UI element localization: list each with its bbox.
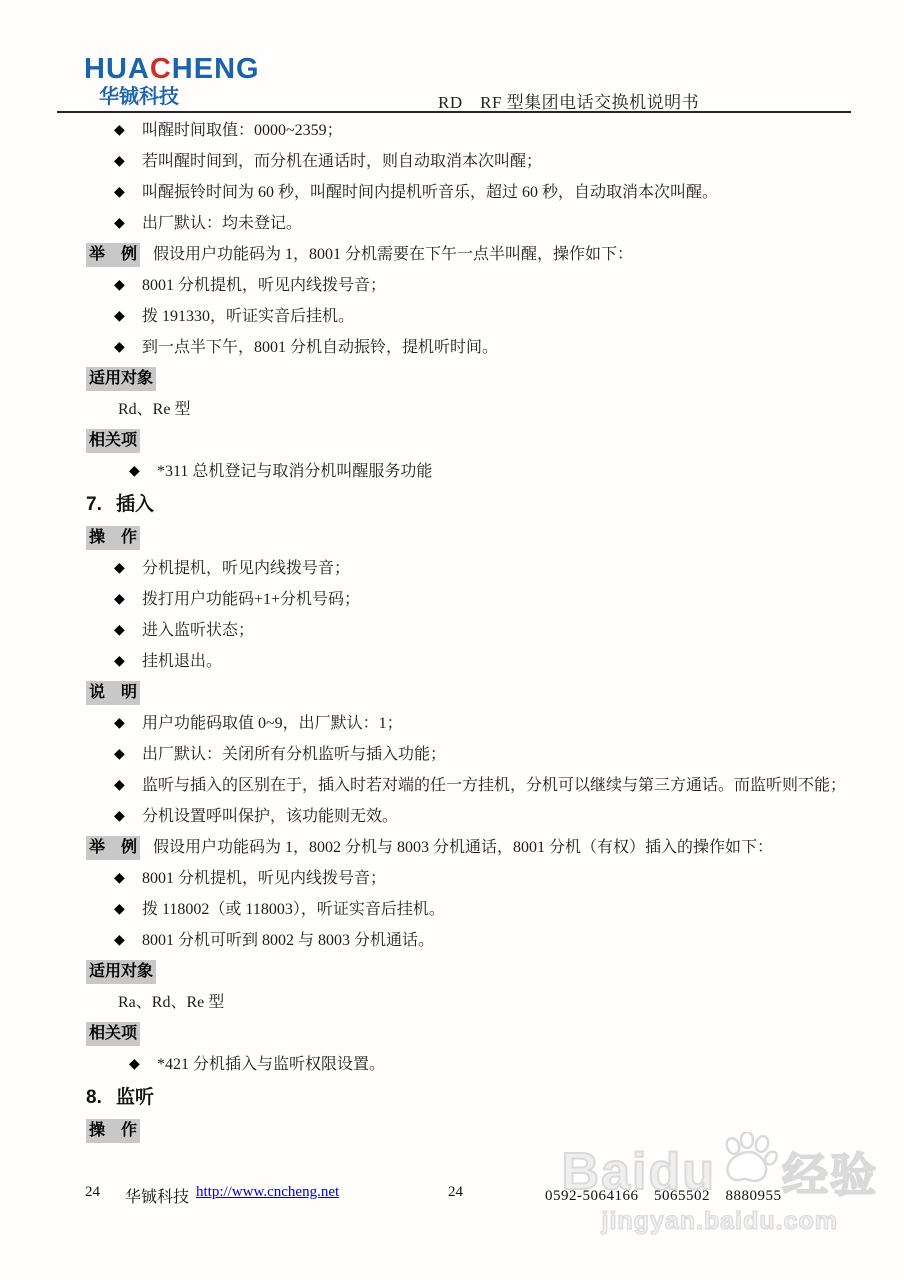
footer-phone-numbers: 0592-5064166 5065502 8880955 xyxy=(545,1184,782,1205)
diamond-bullet-icon: ◆ xyxy=(129,1049,157,1080)
logo-wordmark: HUACHENG xyxy=(84,54,260,84)
bullet-item: ◆到一点半下午，8001 分机自动振铃，提机听时间。 xyxy=(0,332,904,363)
bullet-item: ◆分机设置呼叫保护，该功能则无效。 xyxy=(0,801,904,832)
section-label-row: 相关项 xyxy=(0,1018,904,1049)
section-number: 8. xyxy=(86,1080,116,1115)
section-label-row: 说 明 xyxy=(0,677,904,708)
footer-company: 华铖科技 xyxy=(125,1184,189,1207)
bullet-text: 叫醒振铃时间为 60 秒，叫醒时间内提机听音乐，超过 60 秒，自动取消本次叫醒… xyxy=(142,177,848,208)
section-label: 操 作 xyxy=(86,526,140,550)
diamond-bullet-icon: ◆ xyxy=(114,301,142,332)
bullet-text: 8001 分机可听到 8002 与 8003 分机通话。 xyxy=(142,925,848,956)
diamond-bullet-icon: ◆ xyxy=(114,553,142,584)
example-text: 假设用户功能码为 1，8001 分机需要在下午一点半叫醒，操作如下： xyxy=(153,239,904,270)
bullet-item: ◆*421 分机插入与监听权限设置。 xyxy=(0,1049,904,1080)
section-label-row: 适用对象 xyxy=(0,363,904,394)
section-label: 相关项 xyxy=(86,429,140,453)
example-row: 举 例假设用户功能码为 1，8001 分机需要在下午一点半叫醒，操作如下： xyxy=(0,239,904,270)
section-label: 适用对象 xyxy=(86,960,156,984)
logo-part-hua: HUA xyxy=(84,53,150,85)
section-label: 操 作 xyxy=(86,1119,140,1143)
example-text: 假设用户功能码为 1，8002 分机与 8003 分机通话，8001 分机（有权… xyxy=(153,832,904,863)
diamond-bullet-icon: ◆ xyxy=(114,708,142,739)
bullet-text: 叫醒时间取值：0000~2359； xyxy=(142,115,848,146)
section-label: 适用对象 xyxy=(86,367,156,391)
diamond-bullet-icon: ◆ xyxy=(114,115,142,146)
example-row: 举 例假设用户功能码为 1，8002 分机与 8003 分机通话，8001 分机… xyxy=(0,832,904,863)
diamond-bullet-icon: ◆ xyxy=(114,177,142,208)
company-logo: HUACHENG 华铖科技 xyxy=(84,54,260,110)
plain-text-row: Ra、Rd、Re 型 xyxy=(0,987,904,1018)
bullet-item: ◆叫醒振铃时间为 60 秒，叫醒时间内提机听音乐，超过 60 秒，自动取消本次叫… xyxy=(0,177,904,208)
footer-website-link[interactable]: http://www.cncheng.net xyxy=(196,1184,339,1201)
bullet-item: ◆8001 分机提机，听见内线拨号音； xyxy=(0,270,904,301)
bullet-item: ◆进入监听状态； xyxy=(0,615,904,646)
bullet-text: 拨打用户功能码+1+分机号码； xyxy=(142,584,848,615)
bullet-text: 拨 191330，听证实音后挂机。 xyxy=(142,301,848,332)
section-label-row: 操 作 xyxy=(0,1115,904,1146)
plain-text-row: Rd、Re 型 xyxy=(0,394,904,425)
diamond-bullet-icon: ◆ xyxy=(114,739,142,770)
bullet-text: 8001 分机提机，听见内线拨号音； xyxy=(142,863,848,894)
bullet-item: ◆出厂默认：均未登记。 xyxy=(0,208,904,239)
section-label: 相关项 xyxy=(86,1022,140,1046)
bullet-item: ◆出厂默认：关闭所有分机监听与插入功能； xyxy=(0,739,904,770)
section-label-row: 适用对象 xyxy=(0,956,904,987)
diamond-bullet-icon: ◆ xyxy=(114,894,142,925)
section-label-row: 相关项 xyxy=(0,425,904,456)
diamond-bullet-icon: ◆ xyxy=(114,863,142,894)
document-title: RD RF 型集团电话交换机说明书 xyxy=(438,88,699,113)
bullet-text: 用户功能码取值 0~9，出厂默认：1； xyxy=(142,708,848,739)
logo-subtitle: 华铖科技 xyxy=(99,84,260,110)
section-heading: 8.监听 xyxy=(0,1080,904,1115)
diamond-bullet-icon: ◆ xyxy=(114,208,142,239)
page-number-center: 24 xyxy=(448,1184,463,1201)
bullet-item: ◆监听与插入的区别在于，插入时若对端的任一方挂机，分机可以继续与第三方通话。而监… xyxy=(0,770,904,801)
bullet-text: 挂机退出。 xyxy=(142,646,848,677)
bullet-text: 分机提机，听见内线拨号音； xyxy=(142,553,848,584)
section-title: 监听 xyxy=(116,1087,154,1108)
diamond-bullet-icon: ◆ xyxy=(114,925,142,956)
document-body: ◆叫醒时间取值：0000~2359；◆若叫醒时间到，而分机在通话时，则自动取消本… xyxy=(0,115,904,1146)
diamond-bullet-icon: ◆ xyxy=(114,584,142,615)
bullet-text: 出厂默认：关闭所有分机监听与插入功能； xyxy=(142,739,848,770)
bullet-text: 拨 118002（或 118003），听证实音后挂机。 xyxy=(142,894,848,925)
bullet-item: ◆拨 191330，听证实音后挂机。 xyxy=(0,301,904,332)
diamond-bullet-icon: ◆ xyxy=(114,146,142,177)
bullet-item: ◆8001 分机可听到 8002 与 8003 分机通话。 xyxy=(0,925,904,956)
logo-part-c: C xyxy=(150,53,172,85)
diamond-bullet-icon: ◆ xyxy=(114,646,142,677)
example-label: 举 例 xyxy=(86,836,140,860)
section-number: 7. xyxy=(86,487,116,522)
diamond-bullet-icon: ◆ xyxy=(114,770,142,801)
bullet-item: ◆用户功能码取值 0~9，出厂默认：1； xyxy=(0,708,904,739)
section-label: 说 明 xyxy=(86,681,140,705)
header-divider xyxy=(57,111,851,113)
bullet-text: 监听与插入的区别在于，插入时若对端的任一方挂机，分机可以继续与第三方通话。而监听… xyxy=(142,770,848,801)
bullet-text: 分机设置呼叫保护，该功能则无效。 xyxy=(142,801,848,832)
bullet-text: *311 总机登记与取消分机叫醒服务功能 xyxy=(157,456,848,487)
diamond-bullet-icon: ◆ xyxy=(114,270,142,301)
bullet-item: ◆拨打用户功能码+1+分机号码； xyxy=(0,584,904,615)
example-label: 举 例 xyxy=(86,243,140,267)
bullet-item: ◆*311 总机登记与取消分机叫醒服务功能 xyxy=(0,456,904,487)
bullet-item: ◆若叫醒时间到，而分机在通话时，则自动取消本次叫醒； xyxy=(0,146,904,177)
manual-page: HUACHENG 华铖科技 RD RF 型集团电话交换机说明书 ◆叫醒时间取值：… xyxy=(0,0,904,1280)
bullet-item: ◆8001 分机提机，听见内线拨号音； xyxy=(0,863,904,894)
diamond-bullet-icon: ◆ xyxy=(114,801,142,832)
diamond-bullet-icon: ◆ xyxy=(114,615,142,646)
bullet-item: ◆叫醒时间取值：0000~2359； xyxy=(0,115,904,146)
section-label-row: 操 作 xyxy=(0,522,904,553)
bullet-text: 若叫醒时间到，而分机在通话时，则自动取消本次叫醒； xyxy=(142,146,848,177)
logo-part-heng: HENG xyxy=(172,53,260,85)
bullet-item: ◆拨 118002（或 118003），听证实音后挂机。 xyxy=(0,894,904,925)
page-footer: 24 华铖科技 http://www.cncheng.net 24 0592-5… xyxy=(0,1184,904,1214)
bullet-item: ◆分机提机，听见内线拨号音； xyxy=(0,553,904,584)
bullet-item: ◆挂机退出。 xyxy=(0,646,904,677)
bullet-text: 进入监听状态； xyxy=(142,615,848,646)
diamond-bullet-icon: ◆ xyxy=(129,456,157,487)
section-heading: 7.插入 xyxy=(0,487,904,522)
page-number-left: 24 xyxy=(85,1184,100,1201)
bullet-text: *421 分机插入与监听权限设置。 xyxy=(157,1049,848,1080)
section-title: 插入 xyxy=(116,494,154,515)
bullet-text: 出厂默认：均未登记。 xyxy=(142,208,848,239)
bullet-text: 8001 分机提机，听见内线拨号音； xyxy=(142,270,848,301)
diamond-bullet-icon: ◆ xyxy=(114,332,142,363)
bullet-text: 到一点半下午，8001 分机自动振铃，提机听时间。 xyxy=(142,332,848,363)
